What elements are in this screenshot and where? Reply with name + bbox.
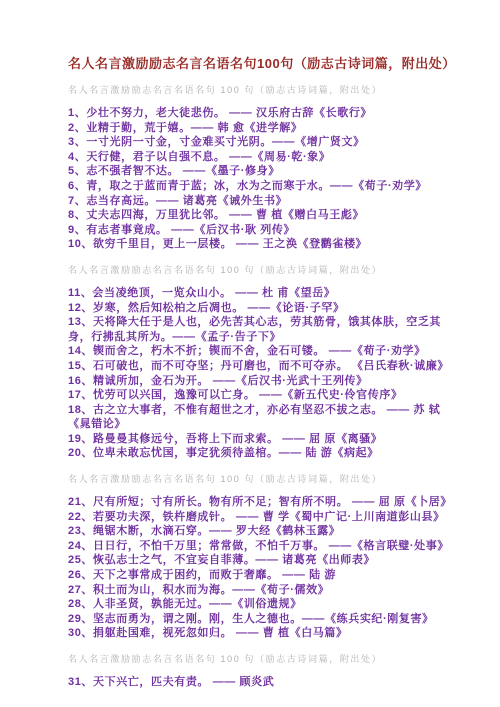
repeat-caption-1: 名人名言激励励志名言名语名句 100 句（励志古诗词篇，附出处） xyxy=(68,85,458,96)
quote-line: 25、恢弘志士之气，不宜妄自菲薄。—— 诸葛亮《出师表》 xyxy=(68,553,458,568)
quote-line: 18、古之立大事者，不惟有超世之才，亦必有坚忍不拔之志。 —— 苏 轼《晁错论》 xyxy=(68,403,458,432)
repeat-caption-4: 名人名言激励励志名言名语名句 100 句（励志古诗词篇，附出处） xyxy=(68,654,458,665)
quote-line: 10、欲穷千里目，更上一层楼。 —— 王之涣《登鹳雀楼》 xyxy=(68,237,458,252)
quote-line: 27、积土而为山，积水而为海。——《荀子·儒效》 xyxy=(68,583,458,598)
document-page: 名人名言激励励志名言名语名句100句（励志古诗词篇，附出处） 名人名言激励励志名… xyxy=(0,0,500,707)
quote-line: 2、业精于勤，荒于嬉。—— 韩 愈《进学解》 xyxy=(68,121,458,136)
page-title: 名人名言激励励志名言名语名句100句（励志古诗词篇，附出处） xyxy=(68,55,458,72)
quote-line: 8、丈夫志四海，万里犹比邻。 —— 曹 植《赠白马王彪》 xyxy=(68,208,458,223)
quote-block-4: 31、天下兴亡，匹夫有责。 —— 顾炎武 xyxy=(68,675,458,690)
quote-line: 21、尺有所短；寸有所长。物有所不足；智有所不明。 —— 屈 原《卜居》 xyxy=(68,495,458,510)
quote-line: 28、人非圣贤，孰能无过。——《训俗遗规》 xyxy=(68,597,458,612)
quote-line: 30、捐躯赴国难，视死忽如归。 —— 曹 植《白马篇》 xyxy=(68,626,458,641)
repeat-caption-3: 名人名言激励励志名言名语名句 100 句（励志古诗词篇，附出处） xyxy=(68,474,458,485)
quote-block-3: 21、尺有所短；寸有所长。物有所不足；智有所不明。 —— 屈 原《卜居》22、若… xyxy=(68,495,458,641)
quote-line: 7、志当存高远。—— 诸葛亮《诫外生书》 xyxy=(68,194,458,209)
quote-line: 24、日日行，不怕千万里；常常做，不怕千万事。 ——《格言联璧·处事》 xyxy=(68,539,458,554)
quote-line: 6、青，取之于蓝而青于蓝；冰，水为之而寒于水。——《荀子·劝学》 xyxy=(68,179,458,194)
quote-line: 23、绳锯木断，水滴石穿。—— 罗大经《鹤林玉露》 xyxy=(68,524,458,539)
quote-line: 17、忧劳可以兴国，逸豫可以亡身。 ——《新五代史·伶官传序》 xyxy=(68,388,458,403)
quote-line: 26、天下之事常成于困约，而败于奢靡。 —— 陆 游 xyxy=(68,568,458,583)
quote-line: 14、锲而舍之，朽木不折；锲而不舍，金石可镂。 ——《荀子·劝学》 xyxy=(68,344,458,359)
quote-line: 11、会当凌绝顶，一览众山小。 —— 杜 甫《望岳》 xyxy=(68,286,458,301)
quote-line: 13、天将降大任于是人也，必先苦其心志，劳其筋骨，饿其体肤，空乏其身，行拂乱其所… xyxy=(68,315,458,344)
quote-line: 15、石可破也，而不可夺坚；丹可磨也，而不可夺赤。 《吕氏春秋·诚廉》 xyxy=(68,359,458,374)
quote-line: 19、路曼曼其修远兮，吾将上下而求索。 —— 屈 原《离骚》 xyxy=(68,432,458,447)
quote-line: 9、有志者事竟成。 ——《后汉书·耿 列传》 xyxy=(68,223,458,238)
quote-line: 1、少壮不努力，老大徒悲伤。 —— 汉乐府古辞《长歌行》 xyxy=(68,106,458,121)
quote-line: 20、位卑未敢忘忧国，事定犹须待盖棺。—— 陆 游《病起》 xyxy=(68,446,458,461)
quote-line: 16、精诚所加，金石为开。 ——《后汉书·光武十王列传》 xyxy=(68,374,458,389)
quote-line: 22、若要功夫深，铁杵磨成针。 —— 曹 学《蜀中广记·上川南道彭山县》 xyxy=(68,510,458,525)
quote-line: 4、天行健，君子以自强不息。 ——《周易·乾·象》 xyxy=(68,150,458,165)
quote-block-1: 1、少壮不努力，老大徒悲伤。 —— 汉乐府古辞《长歌行》2、业精于勤，荒于嬉。—… xyxy=(68,106,458,252)
quote-line: 29、坚志而勇为，谓之刚。刚，生人之德也。——《练兵实纪·刚复害》 xyxy=(68,612,458,627)
quote-line: 5、志不强者智不达。 ——《墨子·修身》 xyxy=(68,164,458,179)
quote-block-2: 11、会当凌绝顶，一览众山小。 —— 杜 甫《望岳》12、岁寒，然后知松柏之后凋… xyxy=(68,286,458,461)
repeat-caption-2: 名人名言激励励志名言名语名句 100 句（励志古诗词篇，附出处） xyxy=(68,265,458,276)
quote-line: 3、一寸光阴一寸金，寸金难买寸光阴。——《增广贤文》 xyxy=(68,135,458,150)
quote-line: 12、岁寒，然后知松柏之后凋也。 ——《论语·子罕》 xyxy=(68,301,458,316)
quote-line: 31、天下兴亡，匹夫有责。 —— 顾炎武 xyxy=(68,675,458,690)
